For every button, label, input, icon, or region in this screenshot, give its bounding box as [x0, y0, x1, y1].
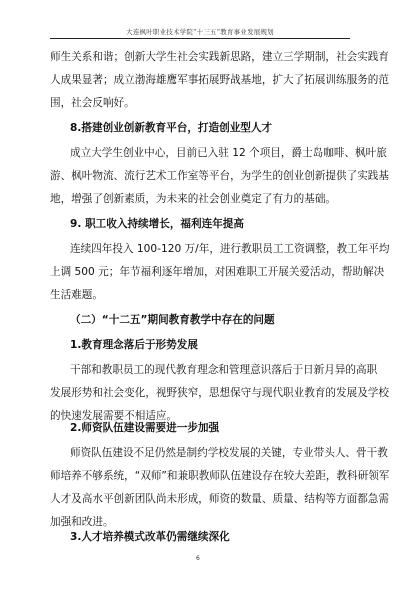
body-text-line: 人才及高水平创新团队尚未形成，师资的数量、质量、结构等方面都急需: [50, 492, 350, 506]
body-text-line: 师资队伍建设不足仍然是制约学校发展的关键，专业带头人、骨干教: [70, 446, 350, 460]
heading-1: 1.教育理念落后于形势发展: [70, 338, 350, 352]
header-divider: [50, 38, 350, 39]
heading-9: 9. 职工收入持续增长，福利连年提高: [70, 217, 350, 231]
body-text-line: 发展形势和社会变化，视野狭窄，思想保守与现代职业教育的发展及学校: [50, 386, 350, 400]
body-text-line: 游、枫叶物流、流行艺术工作室等平台，为学生的创业创新提供了实践基: [50, 169, 350, 183]
heading-8: 8.搭建创业创新教育平台，打造创业型人才: [70, 121, 350, 135]
body-text-line: 围，社会反响好。: [50, 96, 350, 110]
section-heading-2: （二）“十二五”期间教育教学中存在的问题: [70, 313, 350, 327]
body-text-line: 上调 500 元；年节福利逐年增加，对困难职工开展关爱活动，帮助解决: [50, 265, 350, 279]
body-text-line: 生活难题。: [50, 288, 350, 302]
body-text-line: 加强和改进。: [50, 515, 350, 529]
body-text-line: 连续四年投入 100-120 万/年，进行教职员工工资调整，教工年平均: [70, 242, 350, 256]
body-text-line: 干部和教职员工的现代教育理念和管理意识落后于日新月异的高职: [70, 363, 350, 377]
page-number: 6: [196, 555, 200, 562]
heading-2: 2.师资队伍建设需要进一步加强: [70, 421, 350, 435]
document-header: 大连枫叶职业技术学院“十三五”教育事业发展规划: [50, 27, 350, 36]
body-text-line: 师生关系和谐；创新大学生社会实践新思路，建立三学期制，社会实践育: [50, 50, 350, 64]
heading-3: 3.人才培养模式改革仍需继续深化: [70, 530, 350, 544]
body-text-line: 成立大学生创业中心，目前已入驻 12 个项目，爵士岛咖啡、枫叶旅: [70, 146, 350, 160]
body-text-line: 地，增强了创新素质，为未来的社会创业奠定了有力的基础。: [50, 192, 350, 206]
body-text-line: 师培养不够系统，“双师”和兼职教师队伍建设存在较大差距，教科研领军: [50, 469, 350, 483]
body-text-line: 人成果显著；成立渤海雄鹰军事拓展野战基地，扩大了拓展训练服务的范: [50, 73, 350, 87]
